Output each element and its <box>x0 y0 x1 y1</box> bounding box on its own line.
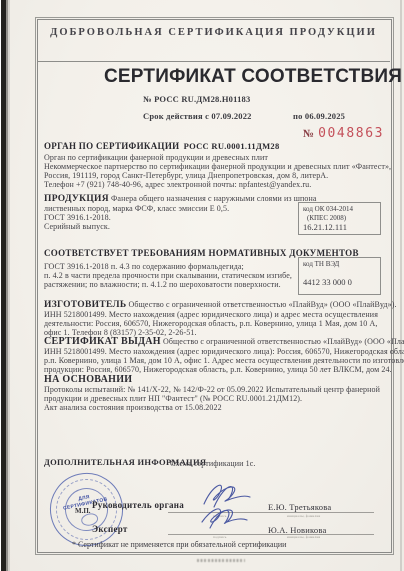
tnved-label: код ТН ВЭД <box>303 260 380 269</box>
org-line: Орган по сертификации фанерной продукции… <box>44 153 268 162</box>
org-section-label: ОРГАН ПО СЕРТИФИКАЦИИ <box>44 141 179 151</box>
manufacturer-line: Общество с ограниченной ответственностью… <box>129 300 397 309</box>
tnved-value: 4412 33 000 0 <box>303 277 380 287</box>
org-line: Телефон +7 (921) 748-40-96, адрес электр… <box>44 180 311 189</box>
registration-number: № РОСС RU.ДМ28.Н01183 <box>143 94 250 104</box>
basis-line: продукции и древесных плит НП "Фантест" … <box>44 394 302 403</box>
issued-line: Общество с ограниченной ответственностью… <box>163 337 404 346</box>
basis-section-label: НА ОСНОВАНИИ <box>44 374 132 385</box>
product-line: лиственных пород, марка ФСФ, класс эмисс… <box>44 204 229 213</box>
certificate-title: СЕРТИФИКАТ СООТВЕТСТВИЯ <box>104 66 402 88</box>
okp-code-value: 16.21.12.111 <box>303 222 380 232</box>
scan-left-edge <box>0 0 10 571</box>
conformity-line: растяжении; по влажности; п. 4.1.2 по ше… <box>44 280 281 289</box>
manufacturer-section-label: ИЗГОТОВИТЕЛЬ <box>44 300 126 310</box>
product-heading: ПРОДУКЦИЯ Фанера общего назначения с нар… <box>44 194 316 204</box>
additional-info-value: Схема сертификации 1с. <box>170 459 256 468</box>
head-role-label: Руководитель органа <box>92 500 184 510</box>
org-line: Россия, 191119, город Санкт-Петербург, у… <box>44 171 328 180</box>
validity-until: по 06.09.2025 <box>293 111 345 121</box>
org-code: РОСС RU.0001.11ДМ28 <box>184 141 280 151</box>
basis-line: Протоколы испытаний: № 141/Х-22, № 142/Ф… <box>44 385 380 394</box>
conformity-line: ГОСТ 3916.1-2018 п. 4.3 по содержанию фо… <box>44 262 244 271</box>
org-line: Некоммерческое партнерство по сертификац… <box>44 162 391 171</box>
validity-period: Срок действия с 07.09.2022 <box>143 111 252 121</box>
signature-ink <box>190 476 280 536</box>
mp-mark: М.П. <box>75 507 91 515</box>
issued-line: р.п. Ковернино, улица 1 Мая, дом 10 А, о… <box>44 356 404 365</box>
head-name-line <box>264 512 374 513</box>
okp-code-label: код ОК 034-2014 <box>303 205 380 214</box>
expert-role-label: Эксперт <box>92 524 128 534</box>
serial-number: № 0048863 <box>303 124 384 142</box>
basis-line: Акт анализа состояния производства от 15… <box>44 403 222 412</box>
okp-code-note: (КПЕС 2008) <box>303 214 380 223</box>
banner-heading: ДОБРОВОЛЬНАЯ СЕРТИФИКАЦИЯ ПРОДУКЦИИ <box>37 27 390 38</box>
issued-line: продукции: Россия, 606570, Нижегородская… <box>44 365 392 374</box>
manufacturer-heading: ИЗГОТОВИТЕЛЬ Общество с ограниченной отв… <box>44 300 397 310</box>
manufacturer-line: деятельности: Россия, 606570, Нижегородс… <box>44 319 377 328</box>
conformity-line: п. 4.2 в части предела прочности при ска… <box>44 271 292 280</box>
head-name-caption: инициалы, фамилия <box>287 514 320 518</box>
serial-number-sign: № <box>303 128 314 140</box>
issued-heading: СЕРТИФИКАТ ВЫДАН Общество с ограниченной… <box>44 337 404 346</box>
expert-name-caption: инициалы, фамилия <box>287 535 320 539</box>
print-imprint <box>197 559 245 562</box>
okp-code-box: код ОК 034-2014 (КПЕС 2008) 16.21.12.111 <box>298 202 381 235</box>
product-section-label: ПРОДУКЦИЯ <box>44 194 109 204</box>
certificate-scan: ДОБРОВОЛЬНАЯ СЕРТИФИКАЦИЯ ПРОДУКЦИИ СЕРТ… <box>0 0 404 571</box>
header-separator <box>37 61 390 62</box>
serial-number-digits: 0048863 <box>318 126 384 141</box>
org-section-heading: ОРГАН ПО СЕРТИФИКАЦИИ РОСС RU.0001.11ДМ2… <box>44 142 280 151</box>
issued-section-label: СЕРТИФИКАТ ВЫДАН <box>44 336 161 347</box>
issued-line: ИНН 5218001499. Место нахождения (адрес … <box>44 347 404 356</box>
manufacturer-line: ИНН 5218001499. Место нахождения (адрес … <box>44 310 378 319</box>
product-line: Фанера общего назначения с наружными сло… <box>111 194 316 203</box>
product-line: Серийный выпуск. <box>44 222 110 231</box>
product-line: ГОСТ 3916.1-2018. <box>44 213 111 222</box>
footnote: * Сертификат не применяется при обязател… <box>72 540 286 549</box>
tnved-code-box: код ТН ВЭД 4412 33 000 0 <box>298 257 381 295</box>
